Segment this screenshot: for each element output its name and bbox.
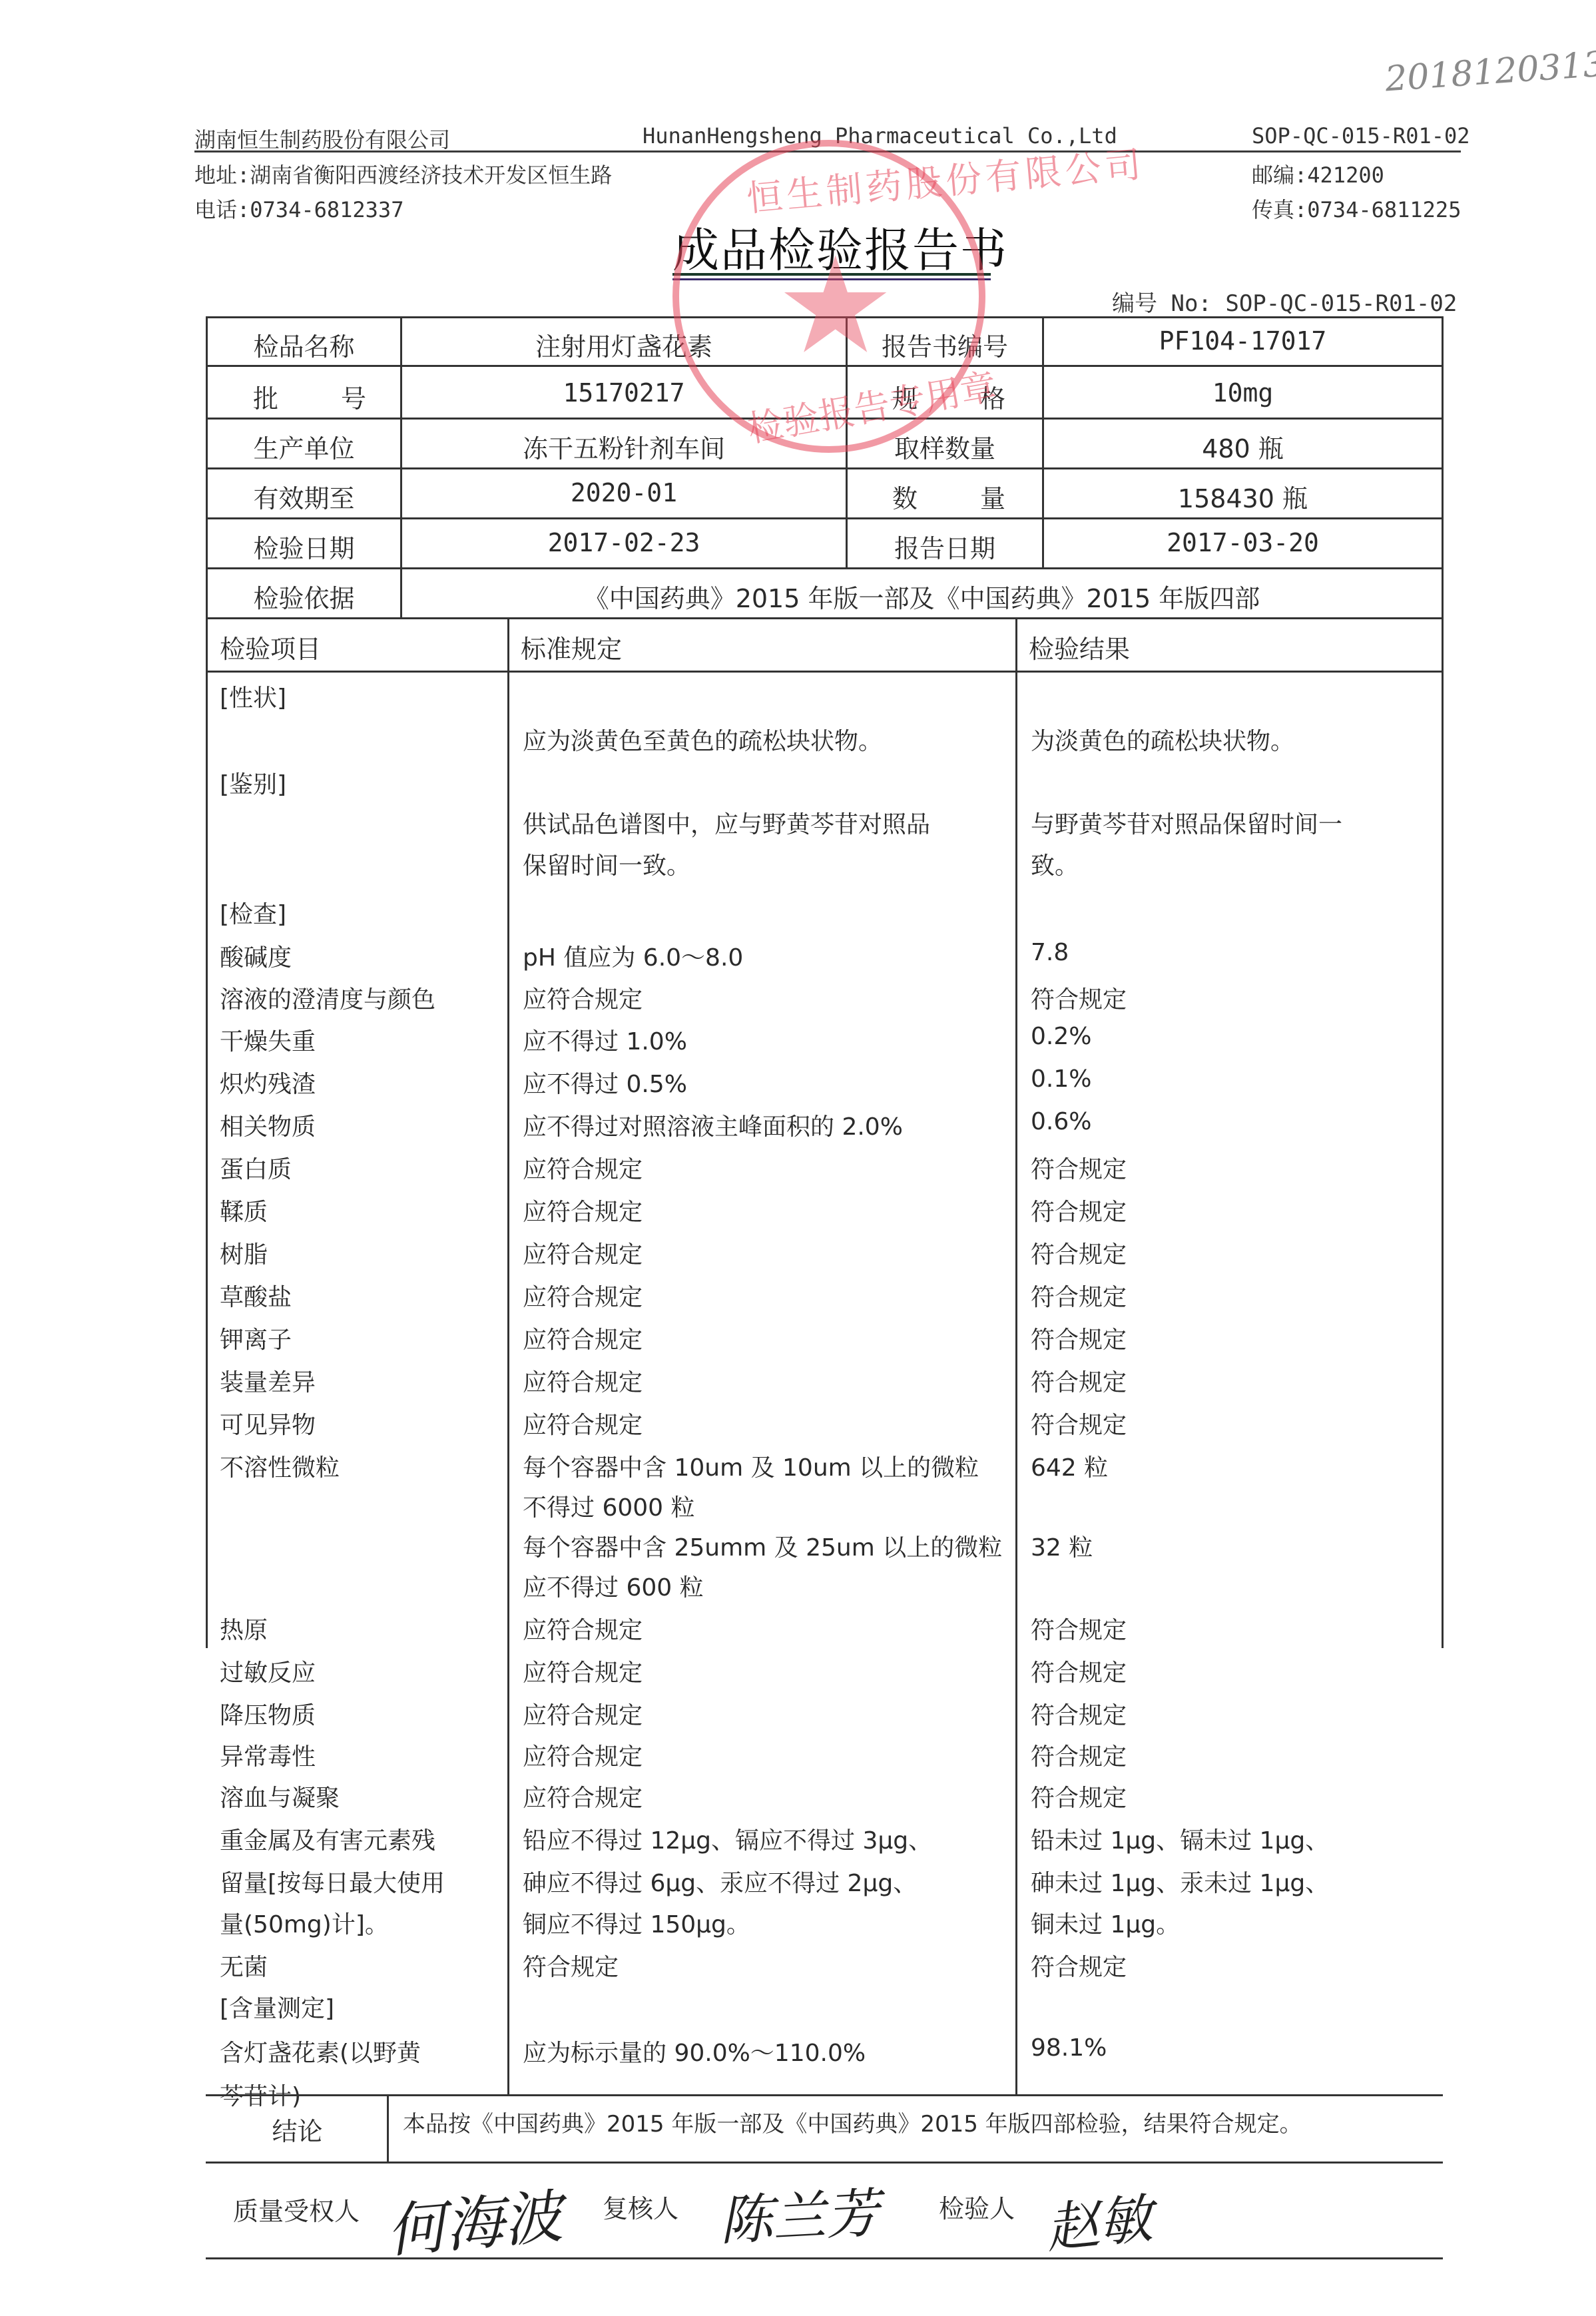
conclusion-divider [387, 2094, 389, 2162]
label-batch-char-2: 号 [341, 378, 366, 415]
result-row-standard: 应不得过对照溶液主峰面积的 2.0% [523, 1108, 903, 1142]
signature-inspector: 赵敏 [1041, 2175, 1155, 2263]
table-rule [206, 2094, 1443, 2096]
result-row-result: 符合规定 [1031, 981, 1127, 1015]
result-row-result: 致。 [1031, 847, 1079, 881]
result-row-item: 溶血与凝聚 [220, 1779, 340, 1813]
label-expiry: 有效期至 [208, 478, 400, 515]
label-production-unit: 生产单位 [208, 428, 400, 465]
title-underline-2 [672, 278, 991, 280]
result-row-standard: 应为标示量的 90.0%～110.0% [523, 2034, 866, 2068]
table-border [206, 316, 1443, 318]
result-row-standard: 应为淡黄色至黄色的疏松块状物。 [523, 723, 882, 756]
result-row-result: 符合规定 [1031, 1151, 1127, 1185]
table-rule [206, 2162, 1443, 2164]
header-standard: 标准规定 [521, 629, 622, 665]
result-row-standard: 不得过 6000 粒 [523, 1489, 695, 1523]
result-row-standard: 应符合规定 [523, 1406, 643, 1440]
result-row-result: 98.1% [1031, 2034, 1107, 2062]
result-row-item: 干燥失重 [220, 1023, 316, 1057]
result-row-item: 异常毒性 [220, 1738, 316, 1772]
result-row-item: [含量测定] [220, 1990, 334, 2024]
result-row-result: 符合规定 [1031, 1697, 1127, 1731]
result-row-result: 7.8 [1031, 939, 1069, 966]
label-conclusion: 结论 [208, 2111, 387, 2148]
label-batch-number: 批 号 [253, 378, 366, 415]
result-row-result: 符合规定 [1031, 1779, 1127, 1813]
value-inspection-date: 2017-02-23 [402, 528, 846, 557]
result-row-result: 符合规定 [1031, 1611, 1127, 1645]
company-name-cn: 湖南恒生制药股份有限公司 [194, 123, 450, 154]
label-sample-quantity: 取样数量 [848, 428, 1042, 465]
result-row-result: 符合规定 [1031, 1236, 1127, 1270]
table-rule [206, 467, 1443, 469]
result-row-item: 过敏反应 [220, 1654, 316, 1688]
table-rule [206, 671, 1443, 673]
table-rule [206, 365, 1443, 367]
handwritten-pencil-note: 2018120313 [1384, 45, 1596, 100]
header-doc-code: SOP-QC-015-R01-02 [1252, 123, 1470, 148]
header-rule [194, 150, 1461, 152]
label-qty-char-2: 量 [980, 478, 1005, 515]
result-row-item: [检查] [220, 896, 286, 930]
value-production-unit: 冻干五粉针剂车间 [402, 428, 846, 465]
table-rule [206, 418, 1443, 420]
result-row-item: 降压物质 [220, 1697, 316, 1731]
result-row-standard: 保留时间一致。 [523, 847, 690, 881]
result-row-result: 32 粒 [1031, 1529, 1093, 1563]
result-row-standard: 应符合规定 [523, 1151, 643, 1185]
result-row-standard: 应符合规定 [523, 1738, 643, 1772]
results-col-divider [507, 617, 509, 2094]
value-basis: 《中国药典》2015 年版一部及《中国药典》2015 年版四部 [402, 578, 1442, 615]
label-inspection-date: 检验日期 [208, 528, 400, 565]
header-test-item: 检验项目 [220, 629, 321, 665]
results-col-divider [1015, 617, 1017, 2094]
result-row-item: 炽灼残渣 [220, 1065, 316, 1099]
result-row-result: 铜未过 1μg。 [1031, 1906, 1180, 1940]
result-row-standard: 应符合规定 [523, 1193, 643, 1227]
result-row-item: 酸碱度 [220, 939, 292, 973]
label-report-number: 报告书编号 [848, 326, 1042, 363]
result-row-item: 含灯盏花素(以野黄 [220, 2034, 421, 2068]
result-row-standard: 供试品色谱图中，应与野黄芩苷对照品 [523, 806, 930, 840]
label-spec-char-2: 格 [980, 378, 1005, 415]
result-row-standard: 应符合规定 [523, 1321, 643, 1355]
result-row-standard: 每个容器中含 25umm 及 25um 以上的微粒 [523, 1529, 1002, 1563]
label-qa-authorized: 质量受权人 [233, 2191, 360, 2227]
signature-qa: 何海波 [383, 2170, 565, 2269]
result-row-standard: 应符合规定 [523, 1611, 643, 1645]
company-fax: 传真:0734-6811225 [1252, 193, 1461, 224]
result-row-result: 符合规定 [1031, 1738, 1127, 1772]
value-report-number: PF104-17017 [1044, 326, 1442, 356]
result-row-result: 符合规定 [1031, 1279, 1127, 1312]
result-row-item: 钾离子 [220, 1321, 292, 1355]
result-row-item: 草酸盐 [220, 1279, 292, 1312]
result-row-result: 铅未过 1μg、镉未过 1μg、 [1031, 1822, 1329, 1856]
result-row-standard: pH 值应为 6.0～8.0 [523, 939, 743, 973]
signature-reviewer: 陈兰芳 [717, 2170, 881, 2255]
result-row-result: 0.2% [1031, 1023, 1091, 1050]
result-row-result: 符合规定 [1031, 1948, 1127, 1982]
result-row-item: [鉴别] [220, 766, 286, 800]
result-row-standard: 应不得过 600 粒 [523, 1569, 704, 1603]
result-row-result: 符合规定 [1031, 1364, 1127, 1398]
label-qty-char-1: 数 [892, 478, 918, 515]
result-row-standard: 应符合规定 [523, 1364, 643, 1398]
label-report-date: 报告日期 [848, 528, 1042, 565]
value-specification: 10mg [1044, 378, 1442, 408]
table-border-left [206, 316, 208, 1648]
company-address: 地址:湖南省衡阳西渡经济技术开发区恒生路 [194, 158, 612, 189]
value-product-name: 注射用灯盏花素 [402, 326, 846, 363]
table-rule [206, 567, 1443, 569]
result-row-item: 不溶性微粒 [220, 1449, 340, 1483]
company-postcode: 邮编:421200 [1252, 158, 1384, 189]
result-row-item: 量(50mg)计]。 [220, 1906, 389, 1940]
result-row-item: 蛋白质 [220, 1151, 292, 1185]
label-quantity: 数 量 [892, 478, 1005, 515]
label-inspector: 检验人 [939, 2188, 1015, 2225]
result-row-result: 642 粒 [1031, 1449, 1108, 1483]
value-batch-number: 15170217 [402, 378, 846, 408]
result-row-standard: 应符合规定 [523, 1697, 643, 1731]
result-row-standard: 铅应不得过 12μg、镉应不得过 3μg、 [523, 1822, 932, 1856]
header-result: 检验结果 [1029, 629, 1130, 665]
result-row-standard: 应符合规定 [523, 981, 643, 1015]
value-sample-quantity: 480 瓶 [1044, 428, 1442, 465]
table-border-right [1442, 316, 1444, 1648]
result-row-result: 符合规定 [1031, 1193, 1127, 1227]
company-phone: 电话:0734-6812337 [194, 193, 403, 224]
result-row-result: 符合规定 [1031, 1654, 1127, 1688]
result-row-standard: 应不得过 0.5% [523, 1065, 687, 1099]
table-rule [206, 617, 1443, 619]
result-row-item: 热原 [220, 1611, 268, 1645]
label-reviewer: 复核人 [603, 2188, 678, 2225]
result-row-item: 溶液的澄清度与颜色 [220, 981, 435, 1015]
title-underline [672, 273, 991, 276]
label-specification: 规 格 [892, 378, 1005, 415]
result-row-result: 符合规定 [1031, 1321, 1127, 1355]
result-row-standard: 应符合规定 [523, 1654, 643, 1688]
company-name-en: HunanHengsheng Pharmaceutical Co.,Ltd [643, 123, 1117, 148]
result-row-item: 可见异物 [220, 1406, 316, 1440]
table-border-bottom [206, 2257, 1443, 2259]
label-batch-char-1: 批 [253, 378, 278, 415]
result-row-result: 符合规定 [1031, 1406, 1127, 1440]
result-row-result: 为淡黄色的疏松块状物。 [1031, 723, 1294, 756]
result-row-result: 0.6% [1031, 1108, 1091, 1135]
result-row-standard: 砷应不得过 6μg、汞应不得过 2μg、 [523, 1865, 917, 1898]
result-row-standard: 应符合规定 [523, 1779, 643, 1813]
result-row-item: 树脂 [220, 1236, 268, 1270]
document-number: 编号 No: SOP-QC-015-R01-02 [1112, 285, 1457, 318]
label-spec-char-1: 规 [892, 378, 918, 415]
result-row-item: 留量[按每日最大使用 [220, 1865, 445, 1898]
result-row-item: 无菌 [220, 1948, 268, 1982]
result-row-result: 与野黄芩苷对照品保留时间一 [1031, 806, 1342, 840]
label-basis: 检验依据 [208, 578, 400, 615]
result-row-item: 重金属及有害元素残 [220, 1822, 435, 1856]
result-row-item: 相关物质 [220, 1108, 316, 1142]
result-row-item: 装量差异 [220, 1364, 316, 1398]
result-row-standard: 铜应不得过 150μg。 [523, 1906, 750, 1940]
result-row-standard: 应符合规定 [523, 1279, 643, 1312]
result-row-item: [性状] [220, 679, 286, 713]
label-product-name: 检品名称 [208, 326, 400, 363]
result-row-standard: 每个容器中含 10um 及 10um 以上的微粒 [523, 1449, 979, 1483]
value-quantity: 158430 瓶 [1044, 478, 1442, 515]
result-row-item: 鞣质 [220, 1193, 268, 1227]
result-row-result: 0.1% [1031, 1065, 1091, 1093]
result-row-standard: 应符合规定 [523, 1236, 643, 1270]
value-report-date: 2017-03-20 [1044, 528, 1442, 557]
result-row-result: 砷未过 1μg、汞未过 1μg、 [1031, 1865, 1329, 1898]
page-title: 成品检验报告书 [672, 213, 1008, 280]
result-row-standard: 符合规定 [523, 1948, 619, 1982]
stamp-top-text: 恒生制药股份有限公司 [744, 136, 1147, 222]
result-row-standard: 应不得过 1.0% [523, 1023, 687, 1057]
value-expiry: 2020-01 [402, 478, 846, 507]
conclusion-text: 本品按《中国药典》2015 年版一部及《中国药典》2015 年版四部检验，结果符… [403, 2106, 1302, 2138]
table-rule [206, 517, 1443, 519]
